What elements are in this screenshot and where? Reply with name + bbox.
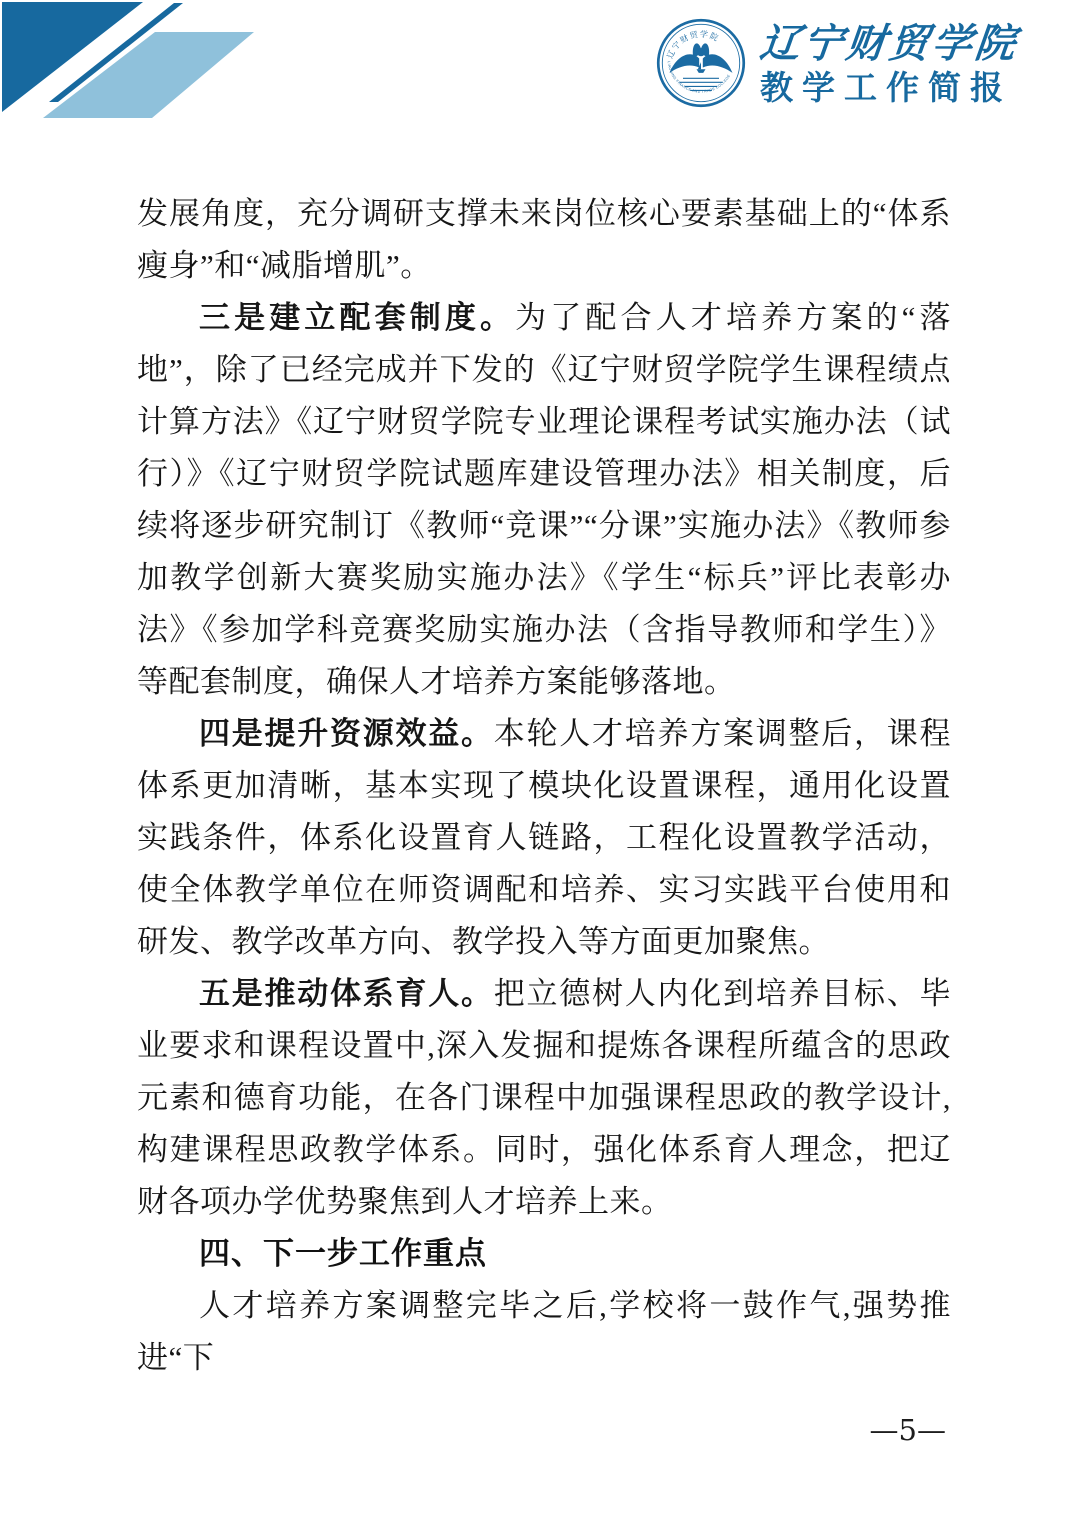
paragraph-point-five: 五是推动体系育人。把立德树人内化到培养目标、毕业要求和课程设置中,深入发掘和提炼… — [137, 968, 951, 1228]
college-name-calligraphy: 辽宁财贸学院 — [758, 22, 1021, 66]
masthead-titles: 辽宁财贸学院 教学工作简报 — [760, 18, 1018, 108]
page-number: —5— — [870, 1413, 946, 1447]
paragraph-lead: 五是推动体系育人。 — [199, 976, 494, 1011]
paragraph-lead: 三是建立配套制度。 — [199, 300, 515, 335]
document-body: 发展角度，充分调研支撑未来岗位核心要素基础上的“体系瘦身”和“减脂增肌”。 三是… — [137, 188, 951, 1384]
paragraph-text: 发展角度，充分调研支撑未来岗位核心要素基础上的“体系瘦身”和“减脂增肌”。 — [137, 196, 951, 283]
section-heading-next-steps: 四、下一步工作重点 — [137, 1228, 951, 1280]
paragraph-next-steps: 人才培养方案调整完毕之后,学校将一鼓作气,强势推进“下 — [137, 1280, 951, 1384]
paragraph-text: 为了配合人才培养方案的“落地”，除了已经完成并下发的《辽宁财贸学院学生课程绩点计… — [137, 300, 951, 699]
document-page: 辽宁财贸学院 LIAONING FINANCE AND TRADE COLLEG… — [0, 0, 1080, 1527]
paragraph-text: 人才培养方案调整完毕之后,学校将一鼓作气,强势推进“下 — [137, 1288, 951, 1375]
corner-stripes-decoration — [0, 0, 270, 130]
college-logo: 辽宁财贸学院 LIAONING FINANCE AND TRADE COLLEG… — [656, 18, 746, 108]
paragraph-continuation: 发展角度，充分调研支撑未来岗位核心要素基础上的“体系瘦身”和“减脂增肌”。 — [137, 188, 951, 292]
paragraph-lead: 四是提升资源效益。 — [199, 716, 494, 751]
paragraph-point-three: 三是建立配套制度。为了配合人才培养方案的“落地”，除了已经完成并下发的《辽宁财贸… — [137, 292, 951, 708]
paragraph-point-four: 四是提升资源效益。本轮人才培养方案调整后，课程体系更加清晰，基本实现了模块化设置… — [137, 708, 951, 968]
paragraph-text: 本轮人才培养方案调整后，课程体系更加清晰，基本实现了模块化设置课程，通用化设置实… — [137, 716, 951, 959]
paragraph-text: 把立德树人内化到培养目标、毕业要求和课程设置中,深入发掘和提炼各课程所蕴含的思政… — [137, 976, 951, 1219]
masthead: 辽宁财贸学院 LIAONING FINANCE AND TRADE COLLEG… — [656, 18, 1018, 108]
bulletin-title: 教学工作简报 — [760, 68, 1012, 108]
